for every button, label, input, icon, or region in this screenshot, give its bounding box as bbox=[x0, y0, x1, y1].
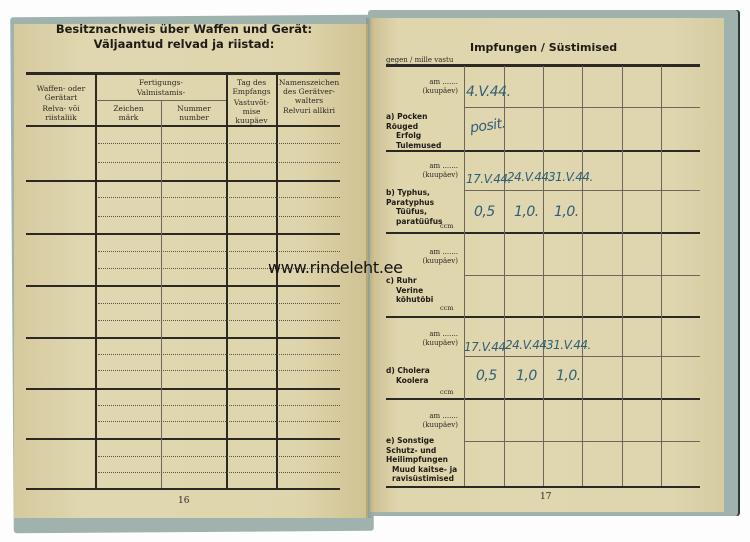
date-label: am bbox=[429, 412, 440, 420]
date-label-et: (kuupäev) bbox=[423, 421, 458, 429]
right-page-subtitle: gegen / mille vastu bbox=[386, 56, 453, 64]
col-manufacture-et: Valmistamis- bbox=[96, 88, 226, 97]
handwritten-dose-b1: 0,5 bbox=[474, 204, 495, 220]
vaccine-name-e: e) Sonstige Schutz- und Heilimpfungen bbox=[386, 436, 448, 464]
col-date-received-et: Vastuvõt- mise kuupäev bbox=[227, 98, 276, 125]
handwritten-date-b2: 24.V.44. bbox=[507, 170, 552, 184]
watermark: www.rindeleht.ee bbox=[268, 258, 403, 277]
vaccine-name-a: a) Pocken Rõuged bbox=[386, 112, 427, 131]
date-label-et: (kuupäev) bbox=[423, 87, 458, 95]
handwritten-dose-d2: 1,0 bbox=[516, 368, 537, 384]
right-page-title: Impfungen / Süstimised bbox=[470, 41, 617, 54]
handwritten-date-d3: 31.V.44. bbox=[546, 338, 591, 352]
handwritten-dose-b3: 1,0. bbox=[554, 204, 579, 220]
handwritten-date-b3: 31.V.44. bbox=[548, 170, 593, 184]
col-number-et: number bbox=[162, 113, 226, 122]
col-signature: Namenszeichen des Gerätver- walters bbox=[277, 78, 341, 105]
vaccine-sub-a: Erfolg Tulemused bbox=[386, 131, 462, 150]
date-label-et: (kuupäev) bbox=[423, 171, 458, 179]
col-mark: Zeichen bbox=[96, 104, 161, 113]
date-label: am bbox=[429, 78, 440, 86]
vaccine-sub-e: Muud kaitse- ja ravisüstimised bbox=[386, 465, 460, 484]
page-number-left: 16 bbox=[178, 496, 189, 506]
handwritten-date-d1: 17.V.44 bbox=[464, 340, 506, 354]
vaccine-sub-d: Koolera bbox=[386, 376, 428, 386]
handwritten-date-d2: 24.V.44 bbox=[505, 338, 547, 352]
col-manufacture: Fertigungs- bbox=[96, 78, 226, 87]
col-weapon-type-et: Relva- või riistaliik bbox=[28, 104, 94, 122]
unit-ccm-c: ccm bbox=[440, 304, 453, 312]
handwritten-date-a1: 4.V.44. bbox=[466, 84, 511, 100]
date-label-et: (kuupäev) bbox=[423, 257, 458, 265]
date-label: am bbox=[429, 330, 440, 338]
col-signature-et: Relvuri allkiri bbox=[277, 106, 341, 115]
handwritten-date-b1: 17.V.44. bbox=[466, 172, 511, 186]
date-label-et: (kuupäev) bbox=[423, 339, 458, 347]
handwritten-dose-d1: 0,5 bbox=[476, 368, 497, 384]
col-date-received: Tag des Empfangs bbox=[227, 78, 276, 96]
handwritten-dose-b2: 1,0. bbox=[514, 204, 539, 220]
col-weapon-type: Waffen- oder Gerätart bbox=[28, 84, 94, 102]
unit-ccm-d: ccm bbox=[440, 388, 453, 396]
vaccine-name-b: b) Typhus, Paratyphus bbox=[386, 188, 434, 207]
date-label: am bbox=[429, 248, 440, 256]
left-page-title-de: Besitznachweis über Waffen und Gerät: bbox=[14, 22, 354, 36]
vaccine-name-c: c) Ruhr bbox=[386, 276, 417, 285]
handwritten-dose-d3: 1,0. bbox=[556, 368, 581, 384]
vaccine-name-d: d) Cholera bbox=[386, 366, 430, 375]
col-mark-et: märk bbox=[96, 113, 161, 122]
col-number: Nummer bbox=[162, 104, 226, 113]
unit-ccm-b: ccm bbox=[440, 222, 453, 230]
left-page-title-et: Väljaantud relvad ja riistad: bbox=[14, 37, 354, 51]
date-label: am bbox=[429, 162, 440, 170]
page-number-right: 17 bbox=[540, 492, 551, 502]
vaccine-sub-c: Verine kõhutõbi bbox=[386, 286, 456, 305]
